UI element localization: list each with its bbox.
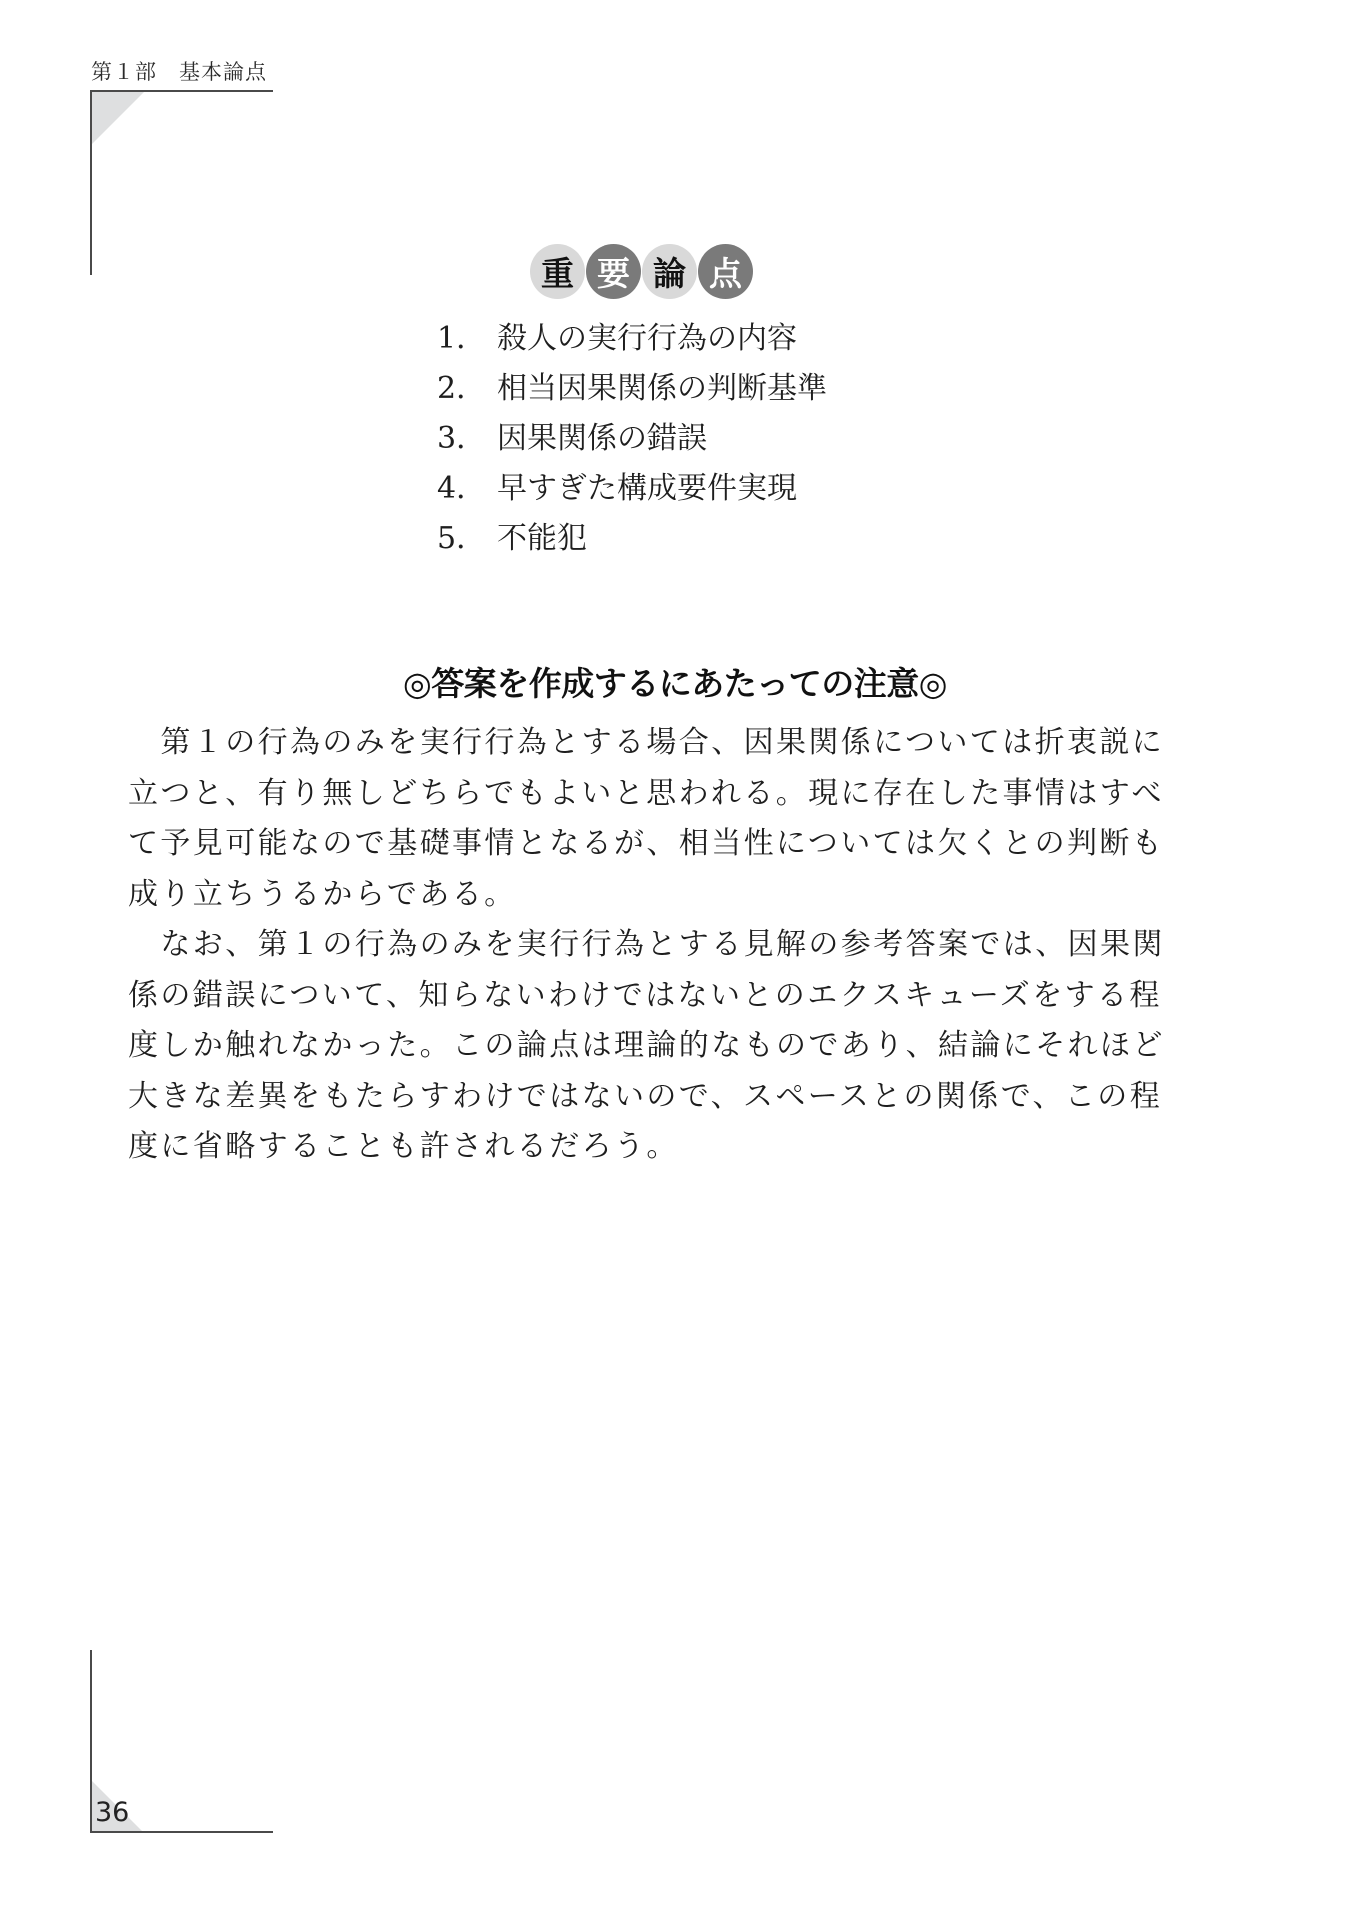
list-item-number: 5．: [437, 514, 497, 564]
body-line: 第１の行為のみを実行行為とする場合、因果関係については折衷説に: [128, 718, 1168, 769]
title-badge: 論: [642, 244, 697, 299]
list-item-text: 殺人の実行行為の内容: [497, 314, 797, 364]
body-line: なお、第１の行為のみを実行行為とする見解の参考答案では、因果関: [128, 920, 1168, 971]
title-badge: 点: [698, 244, 753, 299]
list-item: 3． 因果関係の錯誤: [437, 414, 827, 464]
running-head: 第１部 基本論点: [91, 56, 267, 86]
list-item: 5． 不能犯: [437, 514, 827, 564]
list-item-number: 2．: [437, 364, 497, 414]
list-item-number: 1．: [437, 314, 497, 364]
key-points-title: 重 要 論 点: [530, 244, 753, 299]
top-corner-triangle-icon: [92, 92, 144, 144]
list-item-number: 4．: [437, 464, 497, 514]
title-badge: 重: [530, 244, 585, 299]
list-item: 2． 相当因果関係の判断基準: [437, 364, 827, 414]
body-line: 度に省略することも許されるだろう。: [128, 1122, 1168, 1173]
notes-heading: ◎答案を作成するにあたっての注意◎: [0, 658, 1350, 705]
body-line: 大きな差異をもたらすわけではないので、スペースとの関係で、この程: [128, 1072, 1168, 1123]
title-badge: 要: [586, 244, 641, 299]
key-points-list: 1． 殺人の実行行為の内容 2． 相当因果関係の判断基準 3． 因果関係の錯誤 …: [437, 314, 827, 564]
list-item: 4． 早すぎた構成要件実現: [437, 464, 827, 514]
list-item: 1． 殺人の実行行為の内容: [437, 314, 827, 364]
body-line: 度しか触れなかった。この論点は理論的なものであり、結論にそれほど: [128, 1021, 1168, 1072]
bottom-corner-rule-horizontal: [90, 1831, 273, 1833]
list-item-text: 因果関係の錯誤: [497, 414, 707, 464]
list-item-number: 3．: [437, 414, 497, 464]
list-item-text: 早すぎた構成要件実現: [497, 464, 797, 514]
body-line: 係の錯誤について、知らないわけではないとのエクスキューズをする程: [128, 971, 1168, 1022]
body-line: 立つと、有り無しどちらでもよいと思われる。現に存在した事情はすべ: [128, 769, 1168, 820]
body-line: 成り立ちうるからである。: [128, 870, 1168, 921]
list-item-text: 不能犯: [497, 514, 587, 564]
body-line: て予見可能なので基礎事情となるが、相当性については欠くとの判断も: [128, 819, 1168, 870]
notes-body: 第１の行為のみを実行行為とする場合、因果関係については折衷説に 立つと、有り無し…: [128, 718, 1168, 1173]
page-number: 36: [95, 1797, 129, 1828]
list-item-text: 相当因果関係の判断基準: [497, 364, 827, 414]
